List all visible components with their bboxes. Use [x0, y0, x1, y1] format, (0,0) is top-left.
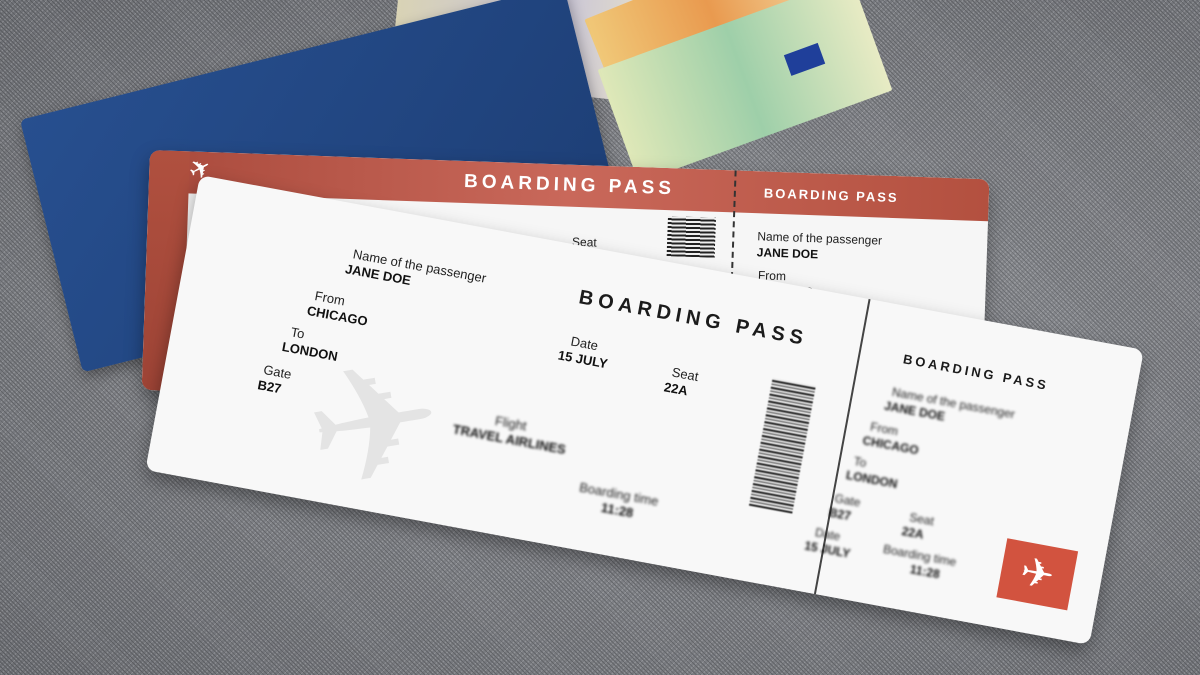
stub-title: BOARDING PASS — [902, 351, 1050, 393]
eu-flag-icon — [784, 43, 825, 76]
stub-gate: B27 — [828, 505, 852, 523]
seat-value: 22A — [663, 379, 689, 398]
stub-to: LONDON — [845, 468, 899, 491]
date-value: 15 JULY — [557, 347, 609, 371]
to-label: To — [290, 324, 306, 341]
gate-value: B27 — [256, 377, 282, 396]
ticket-title: BOARDING PASS — [577, 286, 810, 351]
barcode — [749, 378, 816, 514]
stub-to-label: To — [853, 454, 868, 470]
stub-date: 15 JULY — [803, 539, 851, 561]
barcode — [667, 216, 716, 258]
stub-name: JANE DOE — [757, 245, 819, 261]
stub-seat: 22A — [901, 524, 925, 542]
stub-name-label: Name of the passenger — [757, 229, 882, 247]
airplane-icon: ✈ — [996, 538, 1078, 610]
